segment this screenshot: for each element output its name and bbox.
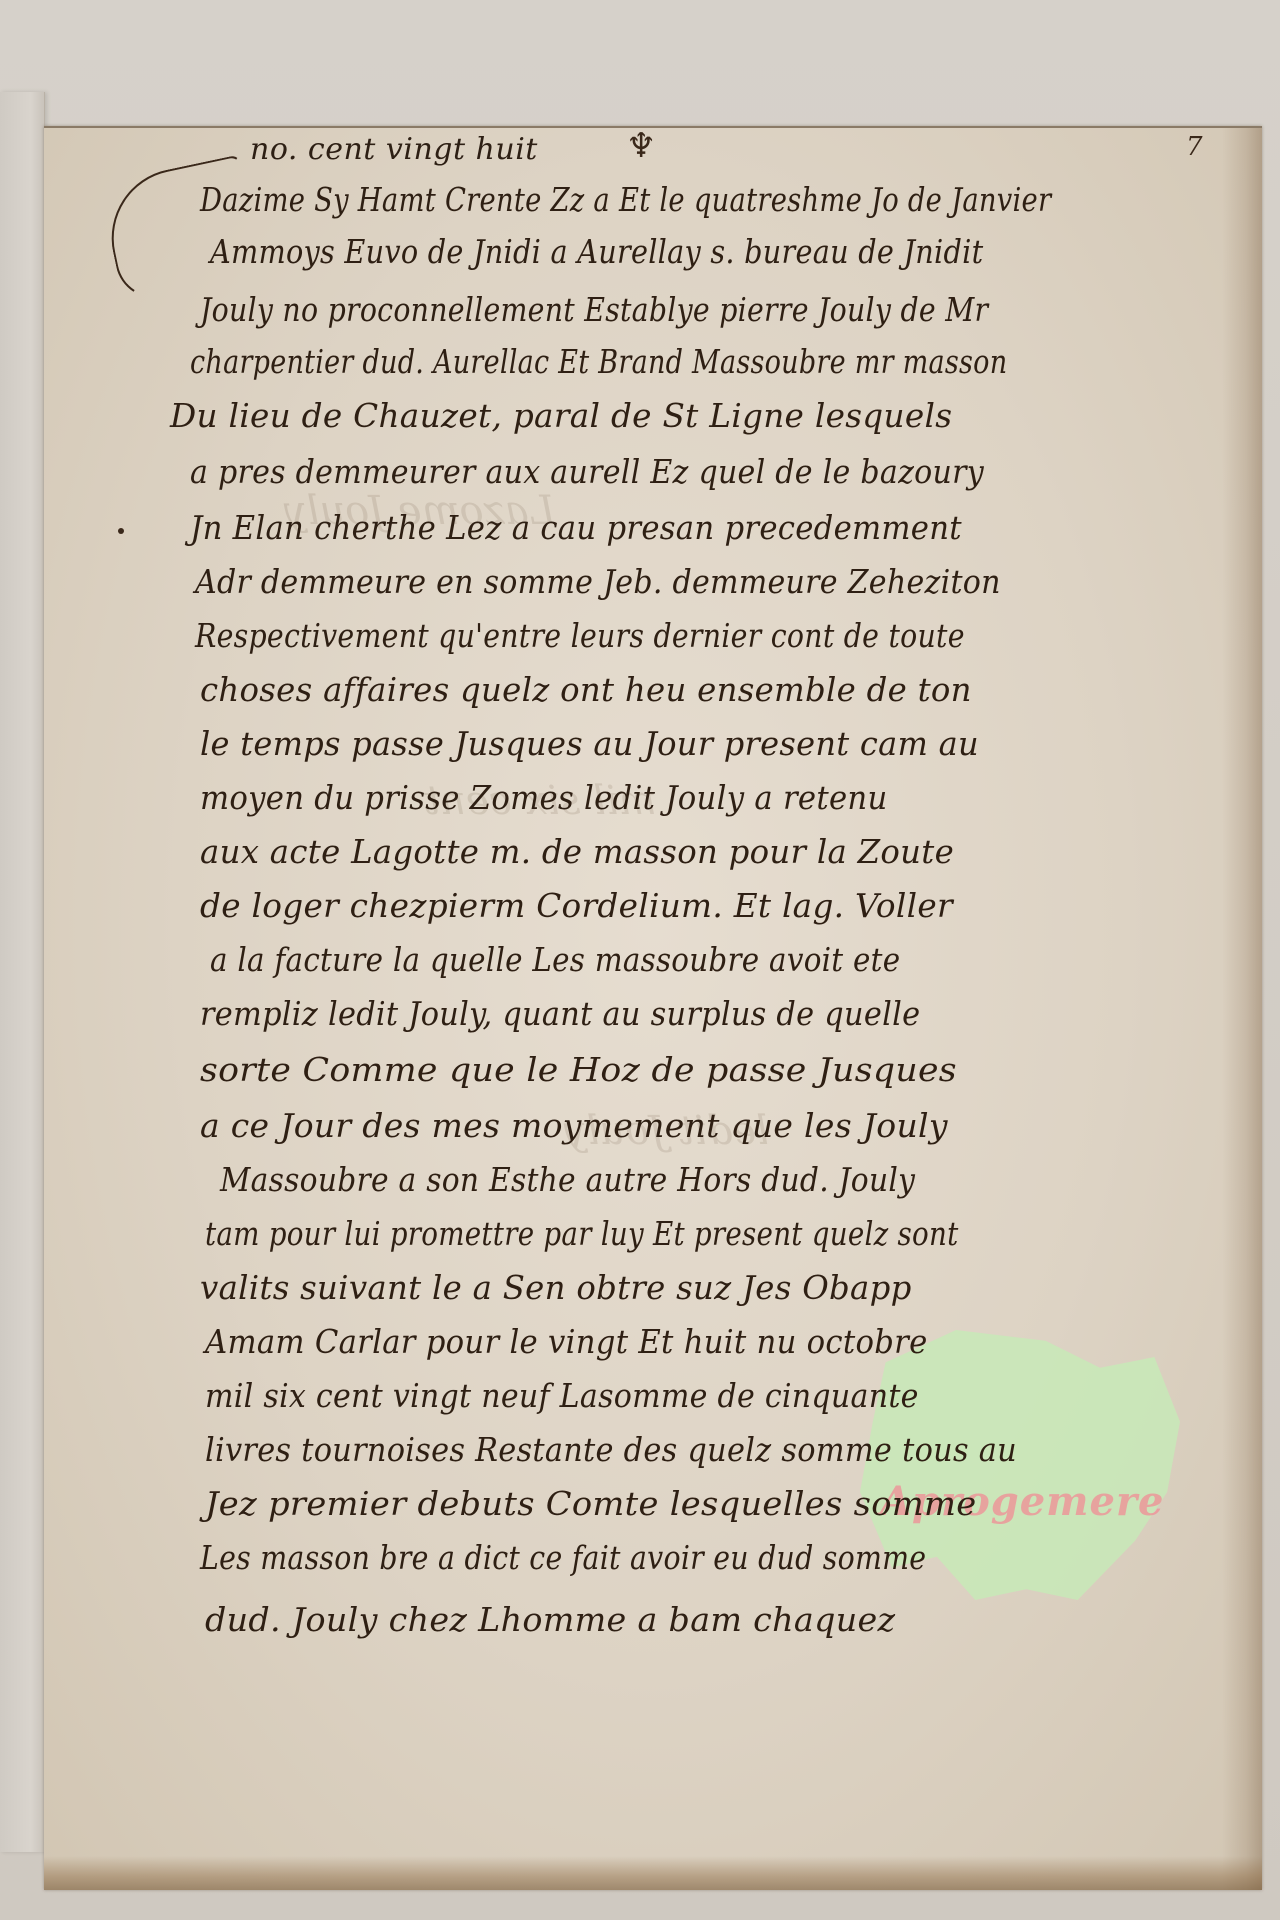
manuscript-line: a ce Jour des mes moymement que les Joul… bbox=[200, 1106, 948, 1145]
manuscript-line: Amam Carlar pour le vingt Et huit nu oct… bbox=[205, 1322, 928, 1361]
manuscript-line: Respectivement qu'entre leurs dernier co… bbox=[195, 616, 965, 655]
manuscript-line: Les masson bre a dict ce fait avoir eu d… bbox=[200, 1538, 926, 1577]
manuscript-line: a pres demmeurer aux aurell Ez quel de l… bbox=[190, 452, 984, 491]
manuscript-line: Ammoys Euvo de Jnidi a Aurellay s. burea… bbox=[210, 232, 983, 271]
manuscript-line: le temps passe Jusques au Jour present c… bbox=[200, 724, 979, 763]
manuscript-line: charpentier dud. Aurellac Et Brand Masso… bbox=[190, 342, 1007, 381]
document-photograph: Lazome Jouly mil six cent ledit Jouly no… bbox=[0, 0, 1280, 1920]
manuscript-line: Dazime Sy Hamt Crente Zz a Et le quatres… bbox=[200, 180, 1051, 219]
manuscript-line: valits suivant le a Sen obtre suz Jes Ob… bbox=[200, 1268, 912, 1307]
manuscript-line: Jn Elan cherthe Lez a cau presan precede… bbox=[190, 508, 962, 547]
manuscript-line: rempliz ledit Jouly, quant au surplus de… bbox=[200, 994, 920, 1033]
manuscript-line: dud. Jouly chez Lhomme a bam chaquez bbox=[205, 1600, 895, 1639]
manuscript-line: Jez premier debuts Comte lesquelles somm… bbox=[205, 1484, 976, 1523]
manuscript-line: a la facture la quelle Les massoubre avo… bbox=[210, 940, 900, 979]
manuscript-text-block: Dazime Sy Hamt Crente Zz a Et le quatres… bbox=[0, 0, 1280, 1920]
manuscript-line: Jouly no proconnellement Establye pierre… bbox=[200, 290, 988, 329]
manuscript-line: de loger chezpierm Cordelium. Et lag. Vo… bbox=[200, 886, 953, 925]
manuscript-line: aux acte Lagotte m. de masson pour la Zo… bbox=[200, 832, 954, 871]
manuscript-line: moyen du prisse Zomes ledit Jouly a rete… bbox=[200, 778, 888, 817]
manuscript-line: Adr demmeure en somme Jeb. demmeure Zehe… bbox=[195, 562, 1001, 601]
manuscript-line: tam pour lui promettre par luy Et presen… bbox=[205, 1214, 958, 1253]
manuscript-line: Du lieu de Chauzet, paral de St Ligne le… bbox=[170, 396, 952, 435]
manuscript-line: livres tournoises Restante des quelz som… bbox=[205, 1430, 1017, 1469]
manuscript-line: mil six cent vingt neuf Lasomme de cinqu… bbox=[205, 1376, 919, 1415]
manuscript-line: choses affaires quelz ont heu ensemble d… bbox=[200, 670, 972, 709]
manuscript-line: Massoubre a son Esthe autre Hors dud. Jo… bbox=[220, 1160, 915, 1199]
manuscript-line: sorte Comme que le Hoz de passe Jusques bbox=[200, 1050, 957, 1089]
